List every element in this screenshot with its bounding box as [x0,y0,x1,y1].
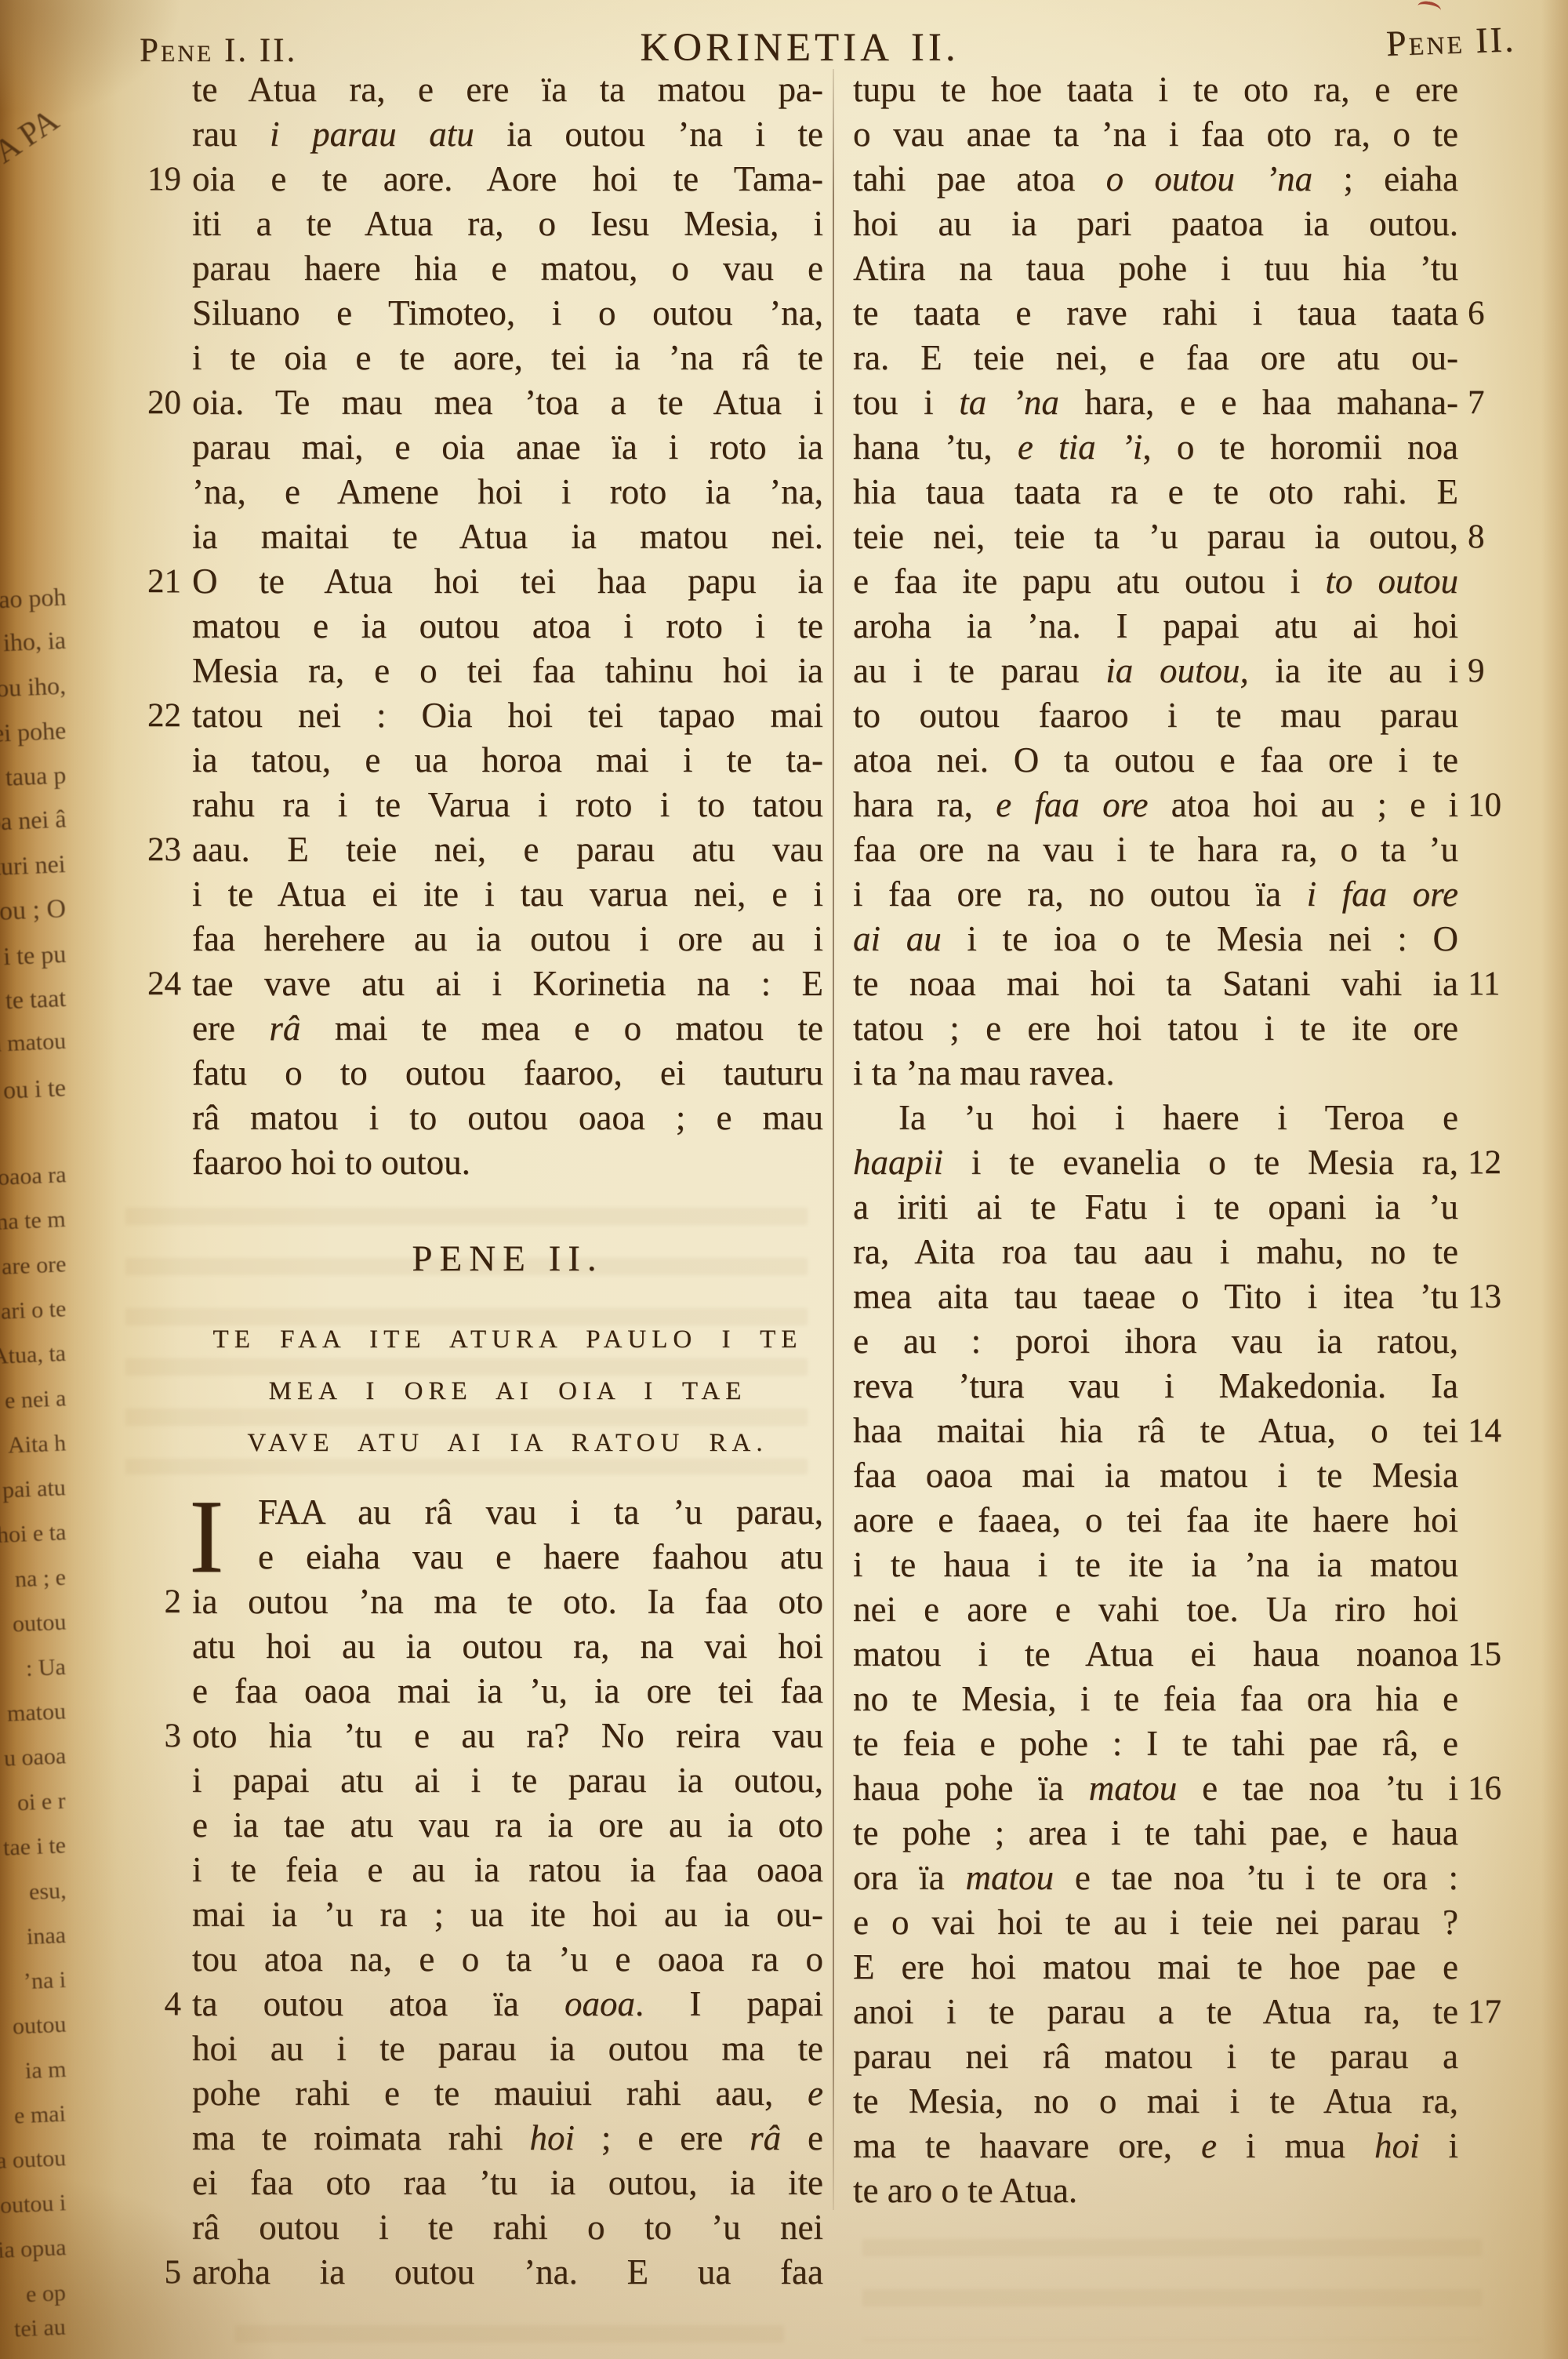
text-line: te aro o te Atua. [853,2168,1458,2213]
facing-page-text-fragment: outou [12,2012,67,2041]
facing-page-text-fragment: tei pohe [0,716,67,748]
verse-text: aroha ia outou ’na. E ua faa [192,2250,823,2295]
text-line: Siluano e Timoteo, i o outou ’na, [192,291,823,336]
text-line: mai ia ’u ra ; ua ite hoi au ia ou- [192,1892,823,1937]
facing-page-text-fragment: e op [25,2280,66,2308]
left-column-chapter1-text: te Atua ra, e ere ïa ta matou pa-rau i p… [192,67,823,1185]
verse-number: 12 [1468,1140,1535,1185]
verse-text: ei faa oto raa ’tu ia outou, ia ite [192,2161,823,2205]
text-line: i te haua i te ite ia ’na ia matou [853,1543,1458,1587]
verse-text: ia tatou, e ua horoa mai i te ta- [192,738,823,783]
text-line: faa ore na vau i te hara ra, o ta ’u [853,827,1458,872]
text-line: hana ’tu, e tia ’i, o te horomii noa [853,425,1458,470]
verse-text: te Atua ra, e ere ïa ta matou pa- [192,67,823,112]
text-line: tou atoa na, e o ta ’u e oaoa ra o [192,1937,823,1982]
text-line: e au : poroi ihora vau ia ratou, [853,1319,1458,1364]
facing-page-text-fragment: ia opua [0,2234,67,2264]
verse-text: i te feia e au ia ratou ia faa oaoa [192,1848,823,1892]
bleed-through-text [235,2310,784,2357]
facing-page-text-fragment: outou i [0,2190,67,2219]
facing-page-text-fragment: e mai [13,2101,66,2130]
verse-number: 14 [1468,1408,1535,1453]
text-line: i faa ore ra, no outou ïa i faa ore [853,872,1458,917]
verse-text: pohe rahi e te mauiui rahi aau, e [192,2071,823,2116]
verse-text: tou atoa na, e o ta ’u e oaoa ra o [192,1937,823,1982]
text-line: 5aroha ia outou ’na. E ua faa [192,2250,823,2295]
verse-text: aore e faaea, o tei faa ite haere hoi [853,1498,1458,1543]
verse-text: oto hia ’tu e au ra? No reira vau [192,1714,823,1758]
verse-number: 2 [125,1579,181,1624]
text-line: 24tae vave atu ai i Korinetia na : E [192,961,823,1006]
text-line: 2ia outou ’na ma te oto. Ia faa oto [192,1579,823,1624]
verse-text: O te Atua hoi tei haa papu ia [192,559,823,604]
text-line: aore e faaea, o tei faa ite haere hoi [853,1498,1458,1543]
verse-text: e faa ite papu atu outou i to outou [853,559,1458,604]
facing-page-text-fragment: inaa [26,1922,66,1950]
verse-text: ra. E teie nei, e faa ore atu ou- [853,336,1458,380]
facing-page-text-fragment: e nei a [4,1385,67,1414]
verse-text: i te oia e te aore, tei ia ’na râ te [192,336,823,380]
text-line: teie nei, teie ta ’u parau ia outou, [853,514,1458,559]
text-line: ei faa oto raa ’tu ia outou, ia ite [192,2161,823,2205]
verse-text: oia e te aore. Aore hoi te Tama- [192,157,823,202]
verse-text: te aro o te Atua. [853,2168,1458,2213]
column-divider-rule [833,69,834,2210]
text-line: 23aau. E teie nei, e parau atu vau [192,827,823,872]
text-line: parau nei râ matou i te parau a [853,2034,1458,2079]
verse-text: ta outou atoa ïa oaoa. I papai [192,1982,823,2026]
verse-text: fatu o to outou faaroo, ei tauturu [192,1051,823,1096]
facing-page-text-fragment: u i taua p [0,760,67,793]
verse-text: reva ’tura vau i Makedonia. Ia [853,1364,1458,1408]
verse-text: e au : poroi ihora vau ia ratou, [853,1319,1458,1364]
verse-text: mea aita tau taeae o Tito i itea ’tu [853,1274,1458,1319]
facing-page-text-fragment: turi nei [0,849,67,881]
verse-text: râ outou i te rahi o to ’u nei [192,2205,823,2250]
verse-text: hara ra, e faa ore atoa hoi au ; e i [853,783,1458,827]
verse-number: 21 [125,559,181,604]
verse-text: tupu te hoe taata i te oto ra, e ere [853,67,1458,112]
verse-text: ’na, e Amene hoi i roto ia ’na, [192,470,823,514]
facing-page-text-fragment: a outou [0,2145,67,2175]
verse-number: 15 [1468,1632,1535,1677]
text-line: ra. E teie nei, e faa ore atu ou-7 [853,336,1458,380]
verse-text: no te Mesia, i te feia faa ora hia e [853,1677,1458,1721]
verse-text: atoa nei. O ta outou e faa ore i te [853,738,1458,783]
text-line: Atira na taua pohe i tuu hia ’tu6 [853,246,1458,291]
verse-text: au i te parau ia outou, ia ite au i [853,649,1458,693]
text-line: i te Atua ei ite i tau varua nei, e i [192,872,823,917]
text-line: hia taua taata ra e te oto rahi. E8 [853,470,1458,514]
chapter-summary-line: VAVE ATU AI IA RATOU RA. [192,1429,823,1458]
verse-text: ra, Aita roa tau aau i mahu, no te [853,1230,1458,1274]
verse-text: teie nei, teie ta ’u parau ia outou, [853,514,1458,559]
verse-text: ai au i te ioa o te Mesia nei : O [853,917,1458,961]
text-line: fatu o to outou faaroo, ei tauturu [192,1051,823,1096]
facing-page-text-fragment: hoi e ta [0,1519,67,1549]
verse-number: 13 [1468,1274,1535,1319]
verse-number: 10 [1468,783,1535,827]
chapter-heading: PENE II. [192,1238,823,1280]
verse-text: e o vai hoi te au i teie nei parau ? [853,1900,1458,1945]
text-line: reva ’tura vau i Makedonia. Ia14 [853,1364,1458,1408]
text-line: i te feia e au ia ratou ia faa oaoa [192,1848,823,1892]
verse-text: i te Atua ei ite i tau varua nei, e i [192,872,823,917]
verse-number: 11 [1468,961,1535,1006]
facing-page-text-fragment: noa nei â [0,804,67,837]
verse-text: râ matou i to outou oaoa ; e mau [192,1096,823,1140]
facing-page-text-fragment: u oaoa [3,1743,67,1772]
verse-text: hoi au i te parau ia outou ma te [192,2026,823,2071]
text-line: FAA au râ vau i ta ’u parau, [192,1490,823,1535]
facing-page-text-fragment: oaoa ra [0,1161,67,1191]
facing-page-text-fragment: u iho, ia [0,626,67,659]
text-line: aroha ia ’na. I papai atu ai hoi9 [853,604,1458,649]
verse-text: E ere hoi matou mai te hoe pae e [853,1945,1458,1990]
text-line: atu hoi au ia outou ra, na vai hoi [192,1624,823,1669]
verse-text: Ia ’u hoi i haere i Teroa e [853,1096,1458,1140]
verse-text: iti a te Atua ra, o Iesu Mesia, i [192,202,823,246]
facing-page-text-fragment: i te taat [0,983,67,1016]
left-column-chapter2-text: I FAA au râ vau i ta ’u parau,e eiaha va… [192,1490,823,2295]
verse-text: ia outou ’na ma te oto. Ia faa oto [192,1579,823,1624]
pen-mark [1417,0,1442,16]
facing-page-edge: RA A PAanao pohu iho, iaatou iho,tei poh… [0,0,75,2359]
verse-text: tahi pae atoa o outou ’na ; eiaha [853,157,1458,202]
text-line: e ia tae atu vau ra ia ore au ia oto [192,1803,823,1848]
facing-page-text-fragment: outou [12,1609,67,1638]
verse-text: matou e ia outou atoa i roto i te [192,604,823,649]
verse-number: 4 [125,1982,181,2026]
text-line: au i te parau ia outou, ia ite au i [853,649,1458,693]
text-line: o vau anae ta ’na i faa oto ra, o te [853,112,1458,157]
verse-text: to outou faaroo i te mau parau [853,693,1458,738]
verse-text: e ia tae atu vau ra ia ore au ia oto [192,1803,823,1848]
text-line: tupu te hoe taata i te oto ra, e ere [853,67,1458,112]
verse-number: 17 [1468,1990,1535,2034]
verse-number: 3 [125,1714,181,1758]
verse-text: tae vave atu ai i Korinetia na : E [192,961,823,1006]
verse-text: hia taua taata ra e te oto rahi. E [853,470,1458,514]
verse-text: rahu ra i te Varua i roto i to tatou [192,783,823,827]
verse-text: mai ia ’u ra ; ua ite hoi au ia ou- [192,1892,823,1937]
text-line: no te Mesia, i te feia faa ora hia e [853,1677,1458,1721]
text-line: E ere hoi matou mai te hoe pae e17 [853,1945,1458,1990]
verse-text: i te haua i te ite ia ’na ia matou [853,1543,1458,1587]
verse-text: aau. E teie nei, e parau atu vau [192,827,823,872]
text-line: hoi au ia pari paatoa ia outou. [853,202,1458,246]
text-line: ia tatou, e ua horoa mai i te ta- [192,738,823,783]
facing-page-text-fragment: ’na i [23,1967,67,1995]
text-line: to outou faaroo i te mau parau [853,693,1458,738]
text-line: atoa nei. O ta outou e faa ore i te10 [853,738,1458,783]
verse-text: hana ’tu, e tia ’i, o te horomii noa [853,425,1458,470]
verse-number: 22 [125,693,181,738]
text-line: hara ra, e faa ore atoa hoi au ; e i [853,783,1458,827]
chapter-summary-line: MEA I ORE AI OIA I TAE [192,1377,823,1406]
text-line: ma te haavare ore, e i mua hoi i [853,2124,1458,2168]
text-line: haapii i te evanelia o te Mesia ra, [853,1140,1458,1185]
text-line: i te oia e te aore, tei ia ’na râ te [192,336,823,380]
text-line: râ matou i to outou oaoa ; e mau [192,1096,823,1140]
facing-page-text-fragment: esu, [28,1877,67,1906]
text-line: 22tatou nei : Oia hoi tei tapao mai [192,693,823,738]
verse-text: e eiaha vau e haere faahou atu [192,1535,823,1579]
verse-text: nei e aore e vahi toe. Ua riro hoi [853,1587,1458,1632]
running-head-left: Pene I. II. [140,31,297,70]
chapter-summary-line: TE FAA ITE ATURA PAULO I TE [192,1325,823,1354]
text-line: 3oto hia ’tu e au ra? No reira vau [192,1714,823,1758]
facing-page-text-fragment: pai atu [2,1474,66,1503]
text-line: Ia ’u hoi i haere i Teroa e12 [853,1096,1458,1140]
facing-page-text-fragment: ou i te [2,1073,67,1104]
verse-text: parau haere hia e matou, o vau e [192,246,823,291]
verse-text: rau i parau atu ia outou ’na i te [192,112,823,157]
verse-text: haapii i te evanelia o te Mesia ra, [853,1140,1458,1185]
verse-text: atu hoi au ia outou ra, na vai hoi [192,1624,823,1669]
text-line: parau haere hia e matou, o vau e [192,246,823,291]
text-line: i papai atu ai i te parau ia outou, [192,1758,823,1803]
text-line: e o vai hoi te au i teie nei parau ? [853,1900,1458,1945]
text-line: faa herehere au ia outou i ore au i [192,917,823,961]
facing-page-text-fragment: tae i te [2,1832,66,1861]
verse-text: i papai atu ai i te parau ia outou, [192,1758,823,1803]
facing-page-text-fragment: : Ua [25,1654,66,1682]
verse-text: ere râ mai te mea e o matou te [192,1006,823,1051]
verse-text: aroha ia ’na. I papai atu ai hoi [853,604,1458,649]
verse-text: hoi au ia pari paatoa ia outou. [853,202,1458,246]
facing-page-text-fragment: na ; e [14,1565,66,1594]
verse-text: ora ïa matou e tae noa ’tu i te ora : [853,1856,1458,1900]
text-line: te noaa mai hoi ta Satani vahi ia [853,961,1458,1006]
text-line: Mesia ra, e o tei faa tahinu hoi ia [192,649,823,693]
facing-page-text-fragment: oi e r [17,1788,67,1817]
facing-page-text-fragment: ia m [24,2056,67,2085]
verse-text: oia. Te mau mea ’toa a te Atua i [192,380,823,425]
text-line: a iriti ai te Fatu i te opani ia ’u [853,1185,1458,1230]
running-head-right: Pene II. [1385,18,1516,64]
text-line: ’na, e Amene hoi i roto ia ’na, [192,470,823,514]
verse-text: FAA au râ vau i ta ’u parau, [192,1490,823,1535]
facing-page-text-fragment: matou [6,1698,66,1727]
facing-page-text-fragment: RA A PA [0,101,66,199]
facing-page-text-fragment: a i te pu [0,940,67,972]
verse-text: i ta ’na mau ravea. [853,1051,1458,1096]
text-line: tatou ; e ere hoi tatou i te ite ore [853,1006,1458,1051]
text-line: e faa ite papu atu outou i to outou [853,559,1458,604]
verse-text: Atira na taua pohe i tuu hia ’tu [853,246,1458,291]
text-line: ora ïa matou e tae noa ’tu i te ora : [853,1856,1458,1900]
text-line: râ outou i te rahi o to ’u nei [192,2205,823,2250]
text-line: ia maitai te Atua ia matou nei. [192,514,823,559]
facing-page-text-fragment: ari o te [0,1296,67,1325]
text-line: te Atua ra, e ere ïa ta matou pa- [192,67,823,112]
verse-text: faa ore na vau i te hara ra, o ta ’u [853,827,1458,872]
text-line: i ta ’na mau ravea. [853,1051,1458,1096]
verse-text: te feia e pohe : I te tahi pae râ, e [853,1721,1458,1766]
text-line: haa maitai hia râ te Atua, o tei [853,1408,1458,1453]
text-line: haua pohe ïa matou e tae noa ’tu i [853,1766,1458,1811]
text-line: faaroo hoi to outou. [192,1140,823,1185]
verse-text: haa maitai hia râ te Atua, o tei [853,1408,1458,1453]
verse-text: te taata e rave rahi i taua taata [853,291,1458,336]
text-line: ra, Aita roa tau aau i mahu, no te13 [853,1230,1458,1274]
text-line: tahi pae atoa o outou ’na ; eiaha [853,157,1458,202]
verse-text: i faa ore ra, no outou ïa i faa ore [853,872,1458,917]
text-line: iti a te Atua ra, o Iesu Mesia, i [192,202,823,246]
verse-text: Mesia ra, e o tei faa tahinu hoi ia [192,649,823,693]
verse-number: 20 [125,380,181,425]
verse-text: faaroo hoi to outou. [192,1140,823,1185]
facing-page-text-fragment: anao poh [0,582,67,615]
text-line: ma te roimata rahi hoi ; e ere râ e [192,2116,823,2161]
text-line: hoi au i te parau ia outou ma te [192,2026,823,2071]
verse-text: ma te roimata rahi hoi ; e ere râ e [192,2116,823,2161]
verse-text: matou i te Atua ei haua noanoa [853,1632,1458,1677]
text-line: e eiaha vau e haere faahou atu [192,1535,823,1579]
text-line: faa oaoa mai ia matou i te Mesia [853,1453,1458,1498]
verse-number: 5 [125,2250,181,2295]
facing-page-text-fragment: ou ; O [0,894,67,927]
verse-text: parau nei râ matou i te parau a [853,2034,1458,2079]
verse-text: a iriti ai te Fatu i te opani ia ’u [853,1185,1458,1230]
text-line: nei e aore e vahi toe. Ua riro hoi15 [853,1587,1458,1632]
verse-text: haua pohe ïa matou e tae noa ’tu i [853,1766,1458,1811]
text-line: pohe rahi e te mauiui rahi aau, e [192,2071,823,2116]
verse-number: 7 [1468,380,1535,425]
right-column-text: tupu te hoe taata i te oto ra, e ereo va… [853,67,1458,2213]
facing-page-text-fragment: atou iho, [0,671,67,704]
text-line: e faa oaoa mai ia ’u, ia ore tei faa [192,1669,823,1714]
facing-page-text-fragment: Aita h [7,1430,67,1459]
facing-page-text-fragment: tei au [13,2314,66,2343]
verse-number: 24 [125,961,181,1006]
verse-text: tou i ta ’na hara, e e haa mahana- [853,380,1458,425]
verse-number: 8 [1468,514,1535,559]
text-line: te pohe ; area i te tahi pae, e haua [853,1811,1458,1856]
verse-text: tatou nei : Oia hoi tei tapao mai [192,693,823,738]
verse-number: 23 [125,827,181,872]
verse-text: e faa oaoa mai ia ’u, ia ore tei faa [192,1669,823,1714]
verse-text: anoi i te parau a te Atua ra, te [853,1990,1458,2034]
text-line: te Mesia, no o mai i te Atua ra, [853,2079,1458,2124]
verse-text: te pohe ; area i te tahi pae, e haua [853,1811,1458,1856]
facing-page-text-fragment: ma te m [0,1206,67,1236]
verse-text: te Mesia, no o mai i te Atua ra, [853,2079,1458,2124]
facing-page-text-fragment: are ore [1,1251,67,1281]
verse-number: 6 [1468,291,1535,336]
verse-number: 9 [1468,649,1535,693]
text-line: 19oia e te aore. Aore hoi te Tama- [192,157,823,202]
text-line: anoi i te parau a te Atua ra, te [853,1990,1458,2034]
verse-text: ia maitai te Atua ia matou nei. [192,514,823,559]
verse-number: 16 [1468,1766,1535,1811]
text-line: te feia e pohe : I te tahi pae râ, e16 [853,1721,1458,1766]
text-line: matou e ia outou atoa i roto i te [192,604,823,649]
verse-text: parau mai, e oia anae ïa i roto ia [192,425,823,470]
text-line: 21O te Atua hoi tei haa papu ia [192,559,823,604]
verse-text: o vau anae ta ’na i faa oto ra, o te [853,112,1458,157]
text-line: tou i ta ’na hara, e e haa mahana- [853,380,1458,425]
text-line: mea aita tau taeae o Tito i itea ’tu [853,1274,1458,1319]
text-line: rahu ra i te Varua i roto i to tatou [192,783,823,827]
verse-text: te noaa mai hoi ta Satani vahi ia [853,961,1458,1006]
text-line: 20oia. Te mau mea ’toa a te Atua i [192,380,823,425]
text-line: rau i parau atu ia outou ’na i te [192,112,823,157]
facing-page-text-fragment: Atua, ta [0,1340,67,1370]
verse-text: faa oaoa mai ia matou i te Mesia [853,1453,1458,1498]
running-head-title: KORINETIA II. [549,25,1051,71]
bleed-through-text [862,2223,1482,2341]
verse-text: tatou ; e ere hoi tatou i te ite ore [853,1006,1458,1051]
verse-number: 19 [125,157,181,202]
text-line: ere râ mai te mea e o matou te [192,1006,823,1051]
text-line: 4ta outou atoa ïa oaoa. I papai [192,1982,823,2026]
facing-page-text-fragment: ia matou [0,1028,67,1059]
scanned-book-page: RA A PAanao pohu iho, iaatou iho,tei poh… [0,0,1568,2359]
text-line: te taata e rave rahi i taua taata [853,291,1458,336]
verse-text: faa herehere au ia outou i ore au i [192,917,823,961]
text-line: matou i te Atua ei haua noanoa [853,1632,1458,1677]
text-line: ai au i te ioa o te Mesia nei : O11 [853,917,1458,961]
text-line: parau mai, e oia anae ïa i roto ia [192,425,823,470]
verse-text: ma te haavare ore, e i mua hoi i [853,2124,1458,2168]
verse-text: Siluano e Timoteo, i o outou ’na, [192,291,823,336]
